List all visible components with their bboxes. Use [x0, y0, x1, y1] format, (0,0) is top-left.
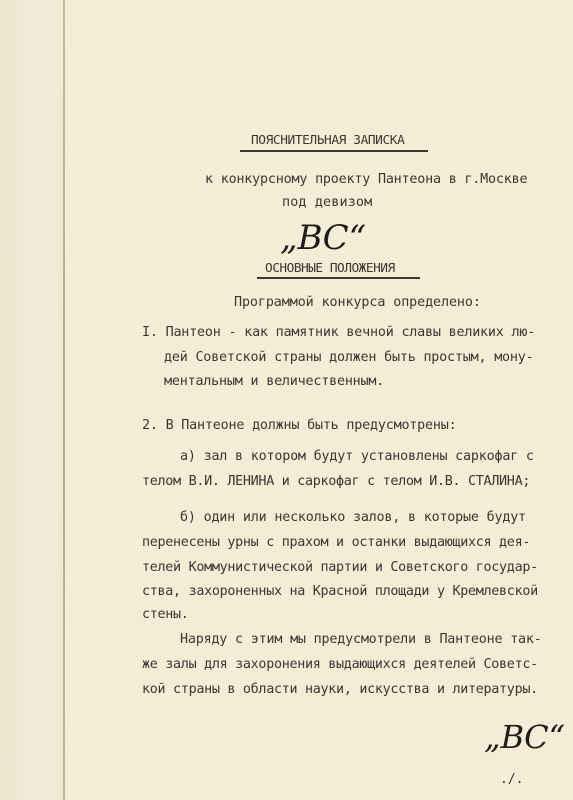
document-page: [65, 0, 573, 800]
motto-handwritten: „ВС“: [280, 218, 366, 258]
closing-line-1: Наряду с этим мы предусмотрели в Пантеон…: [180, 632, 542, 648]
intro-line: Программой конкурса определено:: [234, 295, 481, 311]
point1-line-2: дей Советской страны должен быть простым…: [164, 350, 534, 366]
subtitle-line-2: под девизом: [282, 195, 372, 211]
footer-motto-handwritten: „ВС“: [484, 718, 565, 756]
closing-line-2: же залы для захоронения выдающихся деяте…: [142, 657, 538, 673]
closing-line-3: кой страны в области науки, искусства и …: [142, 682, 538, 698]
page-number: ./.: [500, 772, 523, 787]
point1-line-3: ментальным и величественным.: [164, 374, 384, 390]
point2b-line-5: стены.: [142, 607, 189, 623]
point1-line-1: I. Пантеон - как памятник вечной славы в…: [142, 325, 535, 341]
binding-strip: [0, 0, 64, 800]
point2a-line-1: а) зал в котором будут установлены сарко…: [180, 449, 534, 465]
title-underline: [240, 150, 428, 152]
point2b-line-2: перенесены урны с прахом и останки выдаю…: [142, 535, 530, 551]
document-title: ПОЯСНИТЕЛЬНАЯ ЗАПИСКА: [251, 133, 404, 149]
point2b-line-1: б) один или несколько залов, в которые б…: [180, 510, 526, 526]
section-heading: ОСНОВНЫЕ ПОЛОЖЕНИЯ: [265, 261, 395, 277]
point2-heading: 2. В Пантеоне должны быть предусмотрены:: [142, 418, 456, 434]
subtitle-line-1: к конкурсному проекту Пантеона в г.Москв…: [205, 172, 527, 188]
point2b-line-4: ства, захороненных на Красной площади у …: [142, 584, 538, 600]
point2b-line-3: телей Коммунистической партии и Советско…: [142, 560, 538, 576]
point2a-line-2: телом В.И. ЛЕНИНА и саркофаг с телом И.В…: [142, 474, 530, 490]
section-heading-underline: [257, 277, 420, 279]
